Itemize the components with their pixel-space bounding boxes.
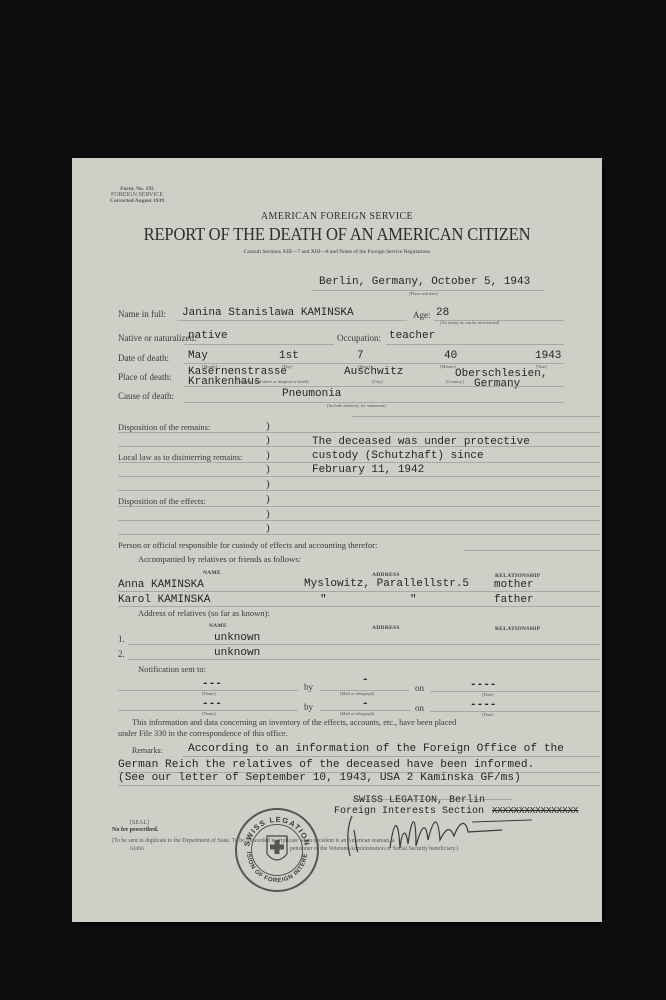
caption-city: [City] [372, 379, 383, 384]
notify-method: - [362, 698, 369, 710]
inventory-line-1: This information and data concerning an … [132, 718, 456, 727]
remarks-line-3: (See our letter of September 10, 1943, U… [118, 772, 521, 784]
place-country: Germany [474, 378, 520, 390]
date-year: 1943 [535, 350, 561, 362]
custody-note-line-1: The deceased was under protective [312, 436, 530, 448]
native-value: native [188, 330, 228, 342]
date-hour: 7 [357, 350, 364, 362]
notify-date: ---- [470, 679, 496, 691]
notify-method: - [362, 674, 369, 686]
form-number-block: Form. No. 192 FOREIGN SERVICE Corrected … [110, 186, 164, 204]
notification-label: Notification sent to: [138, 664, 206, 674]
col-name: NAME [203, 570, 221, 576]
rel-col-address: ADDRESS [372, 625, 400, 631]
accompanied-label: Accompanied by relatives or friends as f… [138, 554, 301, 564]
fee-note: No fee prescribed. [112, 827, 158, 833]
rel-col-relationship: RELATIONSHIP [495, 626, 540, 632]
relative-name: unknown [214, 647, 260, 659]
remarks-line-2: German Reich the relatives of the deceas… [118, 759, 534, 771]
place-date-caption: [Place and date] [409, 291, 438, 296]
age-value: 28 [436, 307, 449, 319]
age-label: Age: [413, 310, 431, 320]
companion-address-ditto: " [320, 594, 327, 606]
effects-label: Disposition of the effects: [118, 496, 206, 506]
legation-name: SWISS LEGATION, Berlin [353, 795, 485, 806]
companion-relationship: mother [494, 579, 534, 591]
page-title: REPORT OF THE DEATH OF AN AMERICAN CITIZ… [93, 224, 581, 245]
place-city: Auschwitz [344, 366, 403, 378]
caption-notify-date: [Date] [482, 712, 494, 717]
occupation-value: teacher [389, 330, 435, 342]
caption-country: [Country] [446, 379, 464, 384]
notify-on: on [415, 703, 424, 713]
agency-heading: AMERICAN FOREIGN SERVICE [72, 211, 602, 222]
caption-notify-method: [Mail or telegraph] [340, 691, 374, 696]
custody-note-line-3: February 11, 1942 [312, 464, 424, 476]
native-label: Native or naturalized: [118, 333, 196, 343]
seal-label: [SEAL] [130, 820, 149, 826]
occupation-label: Occupation: [337, 333, 381, 343]
relatives-label: Address of relatives (so far as known): [138, 608, 270, 618]
local-law-label: Local law as to disinterring remains: [118, 452, 242, 462]
cause-value: Pneumonia [282, 388, 341, 400]
remarks-line-1: According to an information of the Forei… [188, 743, 564, 755]
form-corrected: Corrected August 1939 [110, 198, 164, 204]
caption-hospital: [Number and street or hospital or hotel] [237, 379, 308, 384]
companion-name: Anna KAMINSKA [118, 579, 204, 591]
place-of-death-label: Place of death: [118, 372, 171, 382]
rel-col-name: NAME [209, 623, 227, 629]
relative-name: unknown [214, 632, 260, 644]
companion-relationship: father [494, 594, 534, 606]
subtitle: Consult Sections XIII—7 and XIII—8 and N… [72, 249, 602, 255]
notify-name: --- [202, 698, 222, 710]
print-code: 63496 [130, 846, 144, 852]
inventory-line-2: under File 330 in the correspondence of … [118, 729, 288, 738]
date-of-death-label: Date of death: [118, 353, 169, 363]
companion-address-ditto: " [410, 594, 417, 606]
custody-label: Person or official responsible for custo… [118, 540, 377, 550]
caption-minute: [Minute] [440, 364, 456, 369]
name-value: Janina Stanislawa KAMINSKA [182, 307, 354, 319]
date-minute: 40 [444, 350, 457, 362]
notify-on: on [415, 683, 424, 693]
companion-name: Karol KAMINSKA [118, 594, 210, 606]
relative-number: 2. [118, 649, 125, 659]
notify-name: --- [202, 678, 222, 690]
caption-notify-method: [Mail or telegraph] [340, 711, 374, 716]
caption-notify-name: [Name] [202, 691, 216, 696]
cause-label: Cause of death: [118, 391, 174, 401]
custody-note-line-2: custody (Schutzhaft) since [312, 450, 484, 462]
remarks-label: Remarks: [132, 746, 163, 755]
caption-cause: [Include authority for statement] [327, 403, 386, 408]
signature-icon [342, 810, 542, 860]
remains-label: Disposition of the remains: [118, 422, 210, 432]
notify-date: ---- [470, 699, 496, 711]
companion-address: Myslowitz, Parallellstr.5 [304, 578, 469, 590]
notify-by: by [304, 682, 313, 692]
place-date-value: Berlin, Germany, October 5, 1943 [319, 276, 530, 288]
relative-number: 1. [118, 634, 125, 644]
name-label: Name in full: [118, 309, 166, 319]
date-month: May [188, 350, 208, 362]
death-report-document: Form. No. 192 FOREIGN SERVICE Corrected … [72, 158, 602, 922]
caption-notify-name: [Name] [202, 711, 216, 716]
age-caption: [As nearly as can be ascertained] [440, 320, 499, 325]
date-day: 1st [279, 350, 299, 362]
swiss-legation-stamp: SWISS LEGATION DIVISION OF FOREIGN INTER… [235, 808, 319, 892]
caption-notify-date: [Date] [482, 692, 494, 697]
notify-by: by [304, 702, 313, 712]
